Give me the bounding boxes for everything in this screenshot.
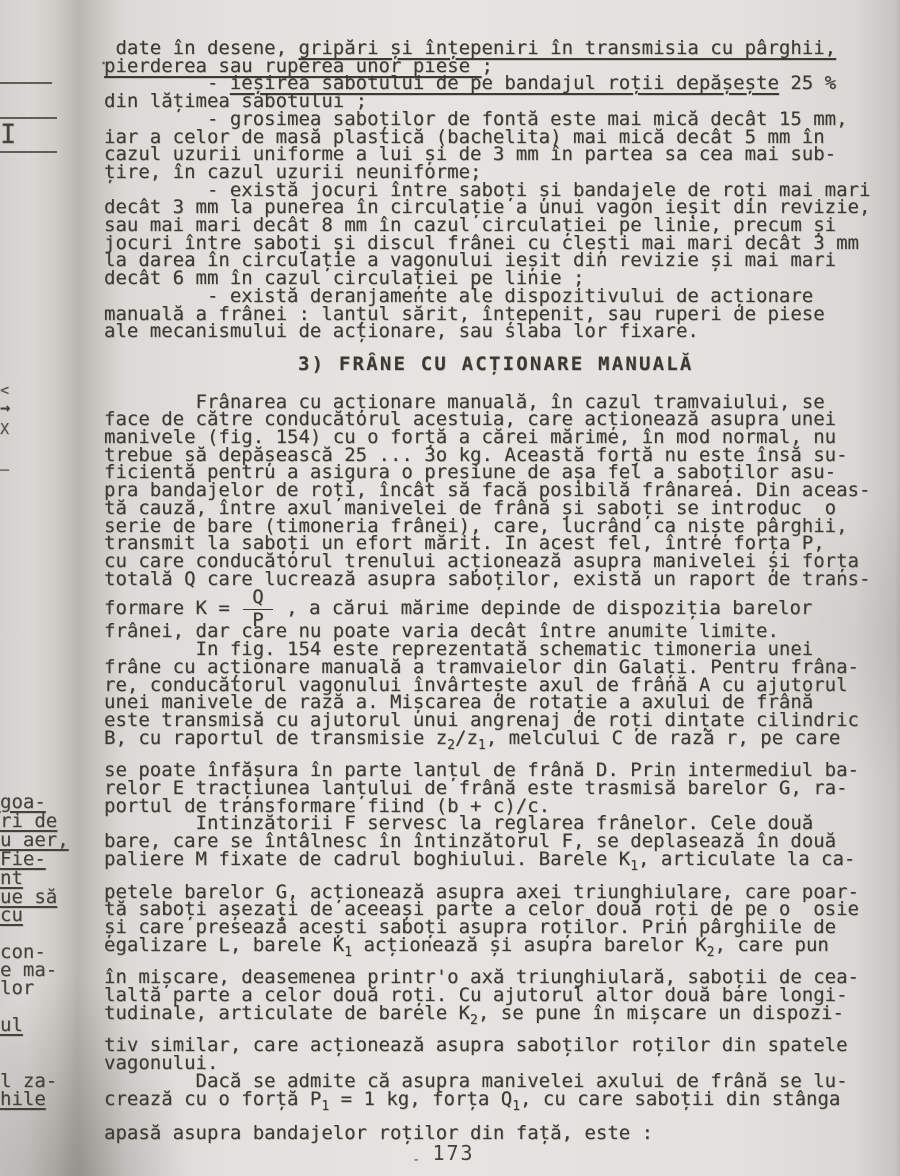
fraction: QP	[243, 588, 272, 631]
fraction-denominator: P	[252, 610, 263, 631]
text-segment: 1	[321, 1099, 329, 1114]
margin-underline-fragment	[0, 151, 57, 153]
text-line: totală Q care lucrează asupra saboților,…	[104, 571, 896, 589]
scanned-page: { "document": { "page_number": "173", "p…	[0, 0, 900, 1176]
text-segment: acționează și asupra barelor K	[352, 934, 707, 956]
fraction-numerator: Q	[243, 588, 272, 610]
page-number-value: 173	[432, 1141, 474, 1165]
text-line: tiv similar, care acționează asupra sabo…	[104, 1037, 896, 1055]
main-text-block: date în desene, gripări și înțepeniri în…	[104, 40, 896, 1143]
margin-text-fragment: I	[0, 122, 16, 148]
text-line: crează cu o forță P1 = 1 kg, forța Q1, c…	[104, 1091, 896, 1116]
margin-underline-fragment	[0, 82, 52, 84]
text-line: formare K = QP , a cărui mărime depinde …	[104, 593, 896, 623]
text-segment: egalizare L, barele K	[104, 934, 344, 956]
text-segment: 1	[478, 738, 486, 753]
margin-text-fragment: —	[0, 460, 9, 479]
margin-text-fragment: X	[0, 420, 9, 439]
margin-text-fragment: cu	[0, 906, 23, 925]
text-line: ale mecanismului de acționare, sau slaba…	[104, 323, 896, 341]
margin-text-fragment: ul	[0, 1016, 23, 1035]
text-segment: crează cu o forță P	[104, 1088, 321, 1110]
text-segment: 2	[447, 738, 455, 753]
text-segment: = 1 kg, forța Q	[329, 1088, 512, 1110]
text-segment: , melcului C de rază r, pe care	[486, 727, 841, 749]
text-segment: , cu care saboții din stânga	[520, 1088, 840, 1110]
text-segment: 2	[470, 1013, 478, 1028]
text-segment: B, cu raportul de transmisie z	[104, 727, 447, 749]
text-line: paliere M fixate de cadrul boghiului. Ba…	[104, 851, 896, 876]
margin-text-fragment: ·	[99, 54, 108, 73]
page-number: -173	[412, 1142, 475, 1171]
text-segment: , articulate la ca-	[638, 848, 855, 870]
text-segment: apasă asupra bandajelor roților din față…	[104, 1122, 653, 1144]
text-segment: , care pun	[714, 934, 828, 956]
text-segment: ale mecanismului de acționare, sau slaba…	[104, 320, 699, 342]
text-segment: , a cărui mărime depinde de dispoziția b…	[275, 600, 813, 618]
text-line: B, cu raportul de transmisie z2/z1, melc…	[104, 730, 896, 755]
margin-text-fragment: lor	[0, 979, 34, 998]
text-segment: /z	[455, 727, 478, 749]
page-number-dash: -	[412, 1152, 422, 1168]
margin-text-fragment: hile	[0, 1090, 46, 1109]
text-line: tudinale, articulate de barele K2, se pu…	[104, 1005, 896, 1030]
text-segment: , se pune în mișcare un dispozi-	[478, 1002, 844, 1024]
text-segment: paliere M fixate de cadrul boghiului. Ba…	[104, 848, 630, 870]
margin-text-fragment: →	[0, 399, 10, 418]
text-segment: 25 %	[779, 72, 836, 94]
section-heading: 3) FRÂNE CU ACȚIONARE MANUALĂ	[104, 356, 896, 374]
text-segment: 3) FRÂNE CU ACȚIONARE MANUALĂ	[298, 353, 694, 375]
text-segment: 1	[512, 1099, 520, 1114]
text-segment: formare K =	[104, 600, 241, 618]
text-line: egalizare L, barele K1 acționează și asu…	[104, 937, 896, 962]
text-segment: totală Q care lucrează asupra saboților,…	[104, 568, 870, 590]
text-segment: 1	[344, 945, 352, 960]
text-line: apasă asupra bandajelor roților din față…	[104, 1125, 896, 1143]
text-segment: 1	[630, 859, 638, 874]
text-segment: tudinale, articulate de barele K	[104, 1002, 470, 1024]
